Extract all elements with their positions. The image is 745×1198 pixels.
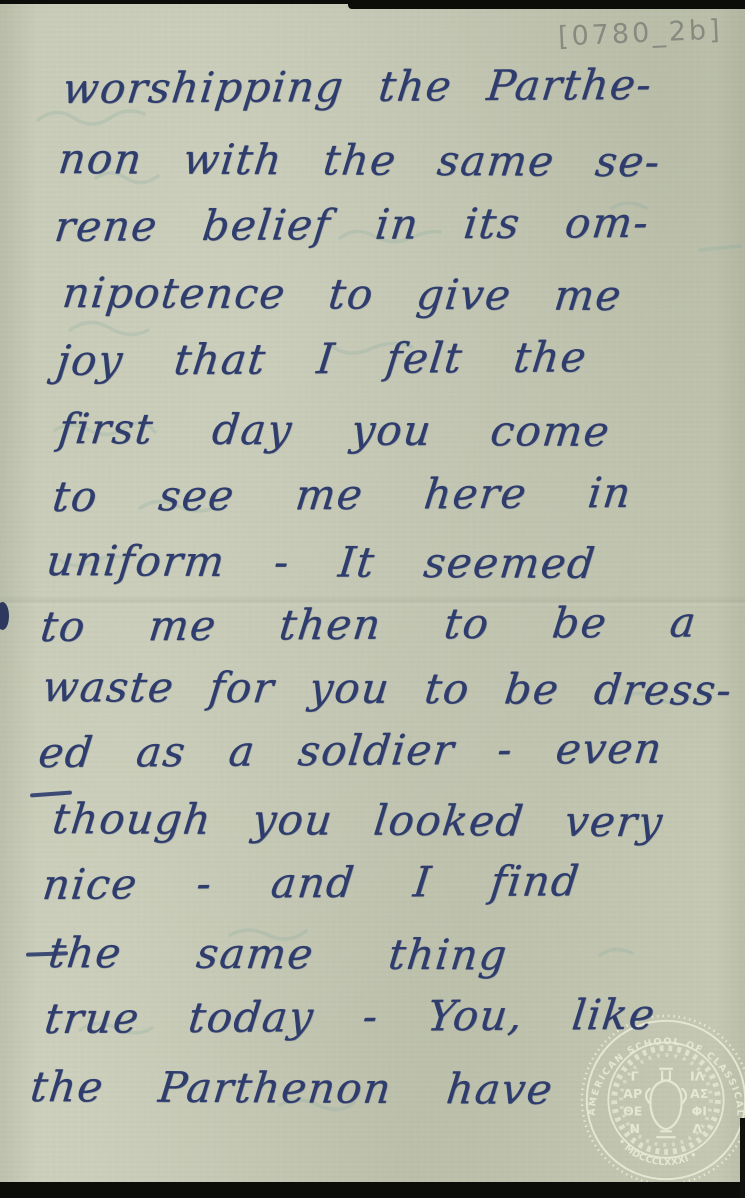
letter-line: rene belief in its om- (52, 198, 652, 251)
seal-greek-letter: ΘΕ (623, 1104, 642, 1119)
seal-greek-letter: ΑΡ (623, 1086, 642, 1101)
seal-greek-letter: ΙΛ (690, 1068, 705, 1083)
seal-amphora-icon (646, 1069, 686, 1137)
seal-greek-letter: ΦΙ (691, 1104, 707, 1119)
letter-line: non with the same se- (56, 134, 663, 186)
scan-edge-bottom (0, 1182, 745, 1198)
letter-scan-page: Γ ΑΡ ΘΕ Ν ΙΛ ΑΣ ΦΙ Λ AMERICAN SCHOOL OF … (0, 0, 745, 1198)
letter-line: true today - You, like (42, 990, 658, 1043)
seal-greek-letter: ΑΣ (690, 1086, 709, 1101)
letter-line: the same thing (46, 928, 510, 979)
seal-greek-letter: Λ (692, 1121, 702, 1136)
letter-line: nipotence to give me (60, 268, 625, 320)
letter-line: waste for you to be dress- (40, 662, 735, 715)
letter-line: ed as a soldier - even (36, 724, 666, 777)
letter-line: first day you come (56, 404, 613, 456)
letter-line: worshipping the Parthe- (60, 60, 655, 113)
letter-line: uniform - It seemed (44, 536, 598, 588)
scan-edge-right (740, 1118, 745, 1198)
letter-line: though you looked very (50, 794, 666, 846)
seal-greek-letter: Γ (631, 1068, 639, 1083)
letter-line: joy that I felt the (54, 332, 590, 385)
letter-line: to me then to be a (38, 597, 700, 651)
letter-line: the Parthenon have (28, 1062, 556, 1114)
letter-line: to see me here in (50, 468, 634, 521)
seal-greek-letter: Ν (629, 1121, 640, 1136)
scan-edge-top-right (348, 0, 745, 9)
letter-line: nice - and I find (40, 856, 583, 909)
